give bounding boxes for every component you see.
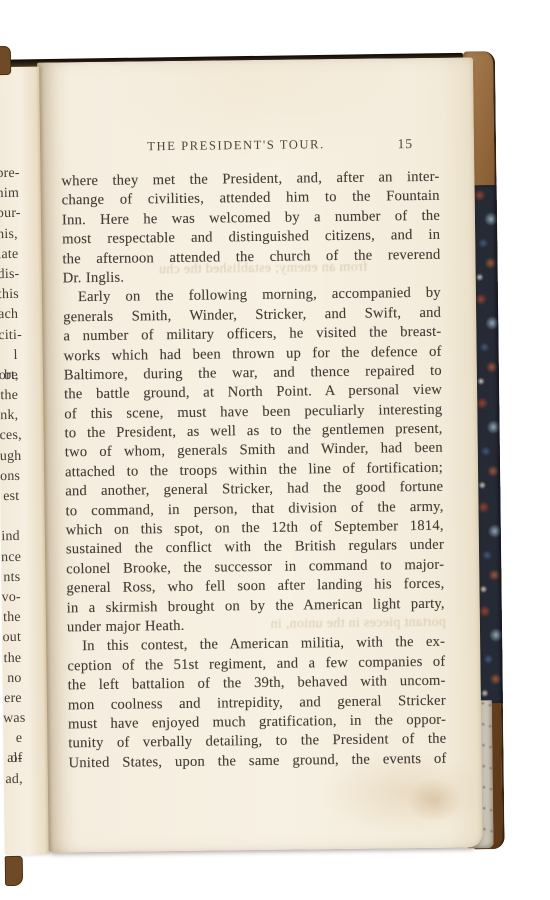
fragment-line: ere <box>3 689 22 709</box>
fragment-line: nk, <box>0 406 18 426</box>
fragment-line: ces, <box>0 426 19 446</box>
fragment-line: nts <box>1 568 20 588</box>
fragment-line: pur- <box>0 204 16 224</box>
fragment-line: was <box>3 709 22 729</box>
fragment-line: citi- <box>0 325 17 345</box>
fragment-line: no <box>2 669 21 689</box>
fragment-line: ad, <box>4 769 23 789</box>
fragment-line: iate <box>0 245 17 265</box>
fragment-line: l be <box>0 346 18 366</box>
fragment-line: ort, <box>0 366 18 386</box>
book-photo: pre-himpur-his,iatedis-thisachciti-l beo… <box>0 43 517 891</box>
body-text: where they met the President, and, after… <box>61 168 446 774</box>
fragment-line: him <box>0 184 16 204</box>
fragment-line: the <box>2 648 21 668</box>
running-title: THE PRESIDENT'S TOUR. <box>47 136 425 156</box>
photo-background: { "book": { "page": { "running_title": "… <box>0 0 550 900</box>
fragment-line: e of <box>3 729 22 749</box>
page-stain <box>406 778 463 823</box>
fragment-line: the <box>2 608 21 628</box>
fragment-line: vo- <box>1 588 20 608</box>
previous-page-text: pre-himpur-his,iatedis-thisachciti-l beo… <box>0 164 23 790</box>
spine-head-cap <box>0 46 11 75</box>
fragment-line: ach <box>0 305 17 325</box>
fragment-line: ind <box>1 527 20 547</box>
fragment-line: al- <box>3 749 22 769</box>
fragment-line: nce <box>1 547 20 567</box>
fragment-line: est <box>0 487 19 507</box>
book-page: THE PRESIDENT'S TOUR. 15 where they met … <box>37 57 483 852</box>
spine-tail-cap <box>5 856 23 886</box>
fragment-line <box>0 507 19 527</box>
text-line: United States, upon the same ground, the… <box>68 749 446 773</box>
fragment-line: his, <box>0 224 16 244</box>
fragment-line: ugh <box>0 447 19 467</box>
fragment-line: the <box>0 386 18 406</box>
fragment-line: this <box>0 285 17 305</box>
fragment-line: out <box>2 628 21 648</box>
page-number: 15 <box>397 136 413 152</box>
fragment-line: pre- <box>0 164 16 184</box>
fragment-line: ons <box>0 467 19 487</box>
fragment-line: dis- <box>0 265 17 285</box>
page-header: THE PRESIDENT'S TOUR. 15 <box>61 136 439 158</box>
